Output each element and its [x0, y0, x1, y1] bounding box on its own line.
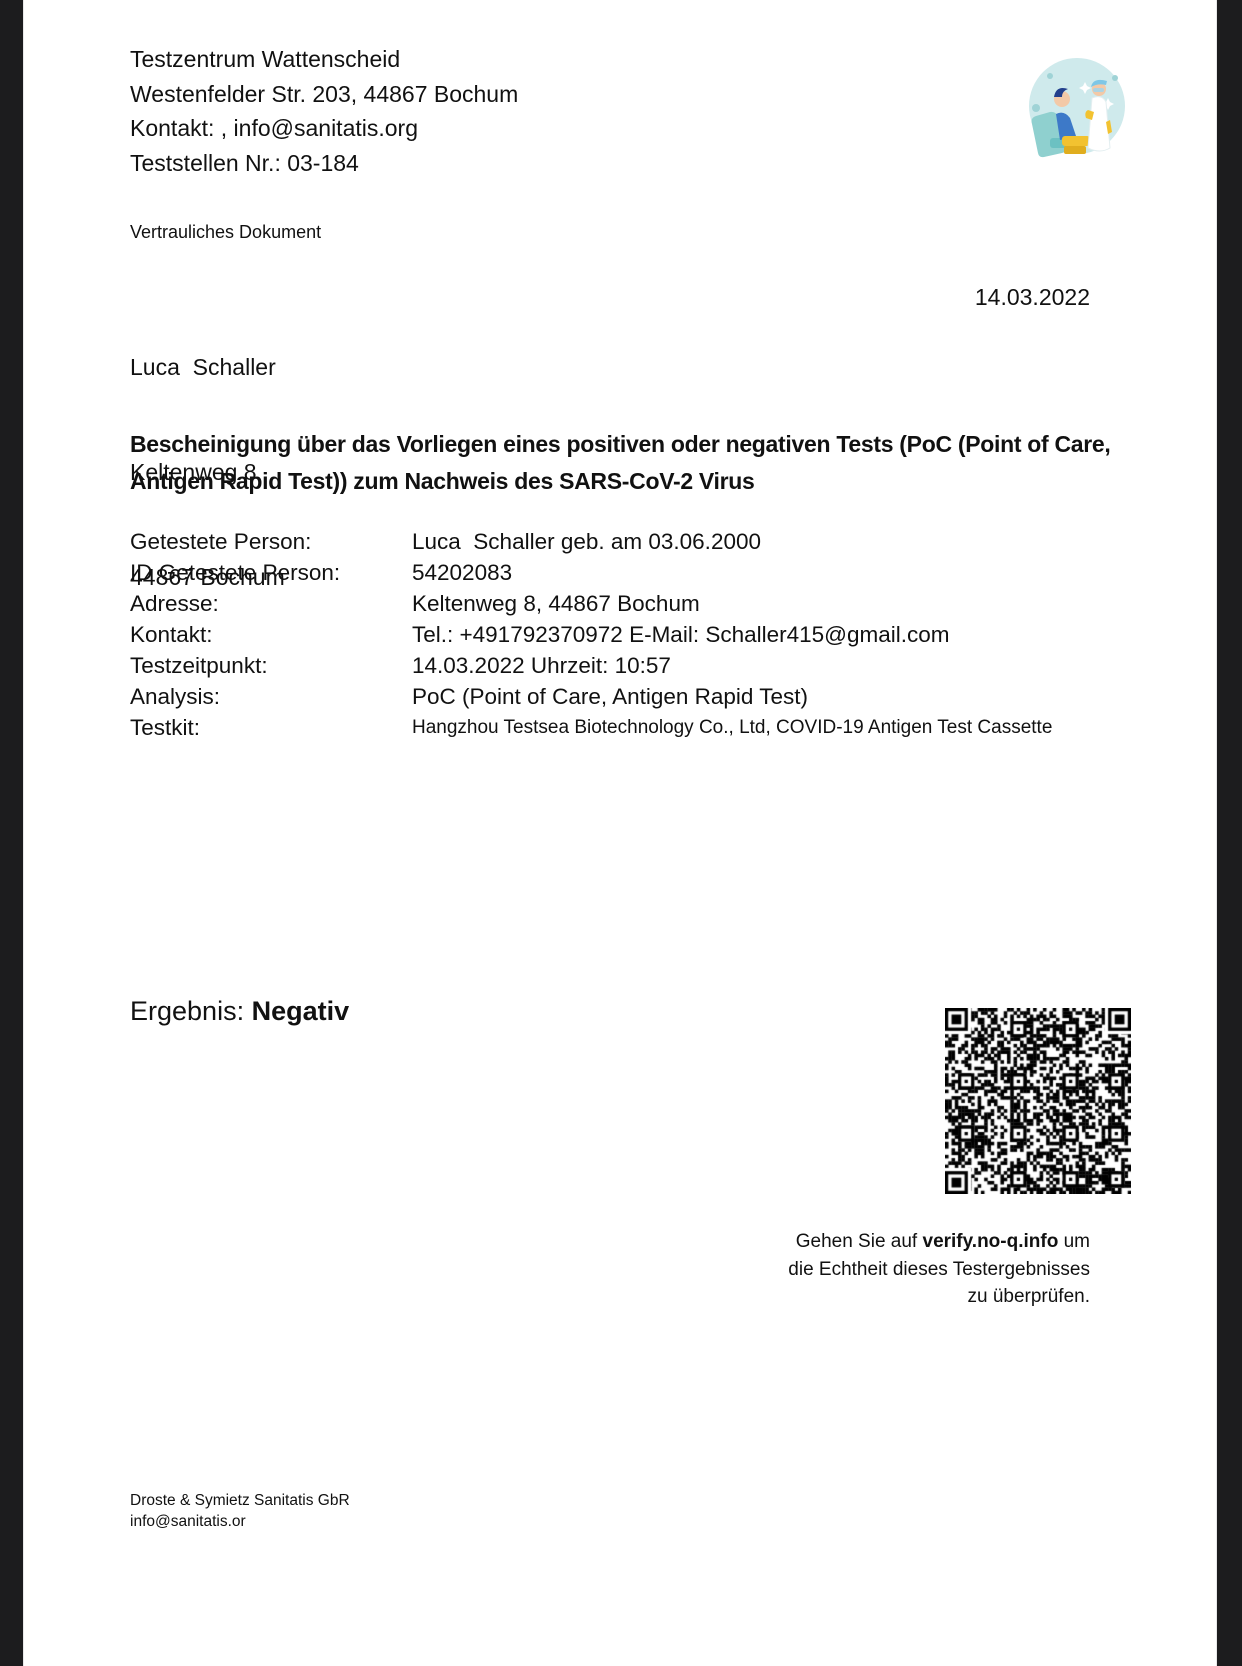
detail-row-test-time: Testzeitpunkt: 14.03.2022 Uhrzeit: 10:57	[130, 650, 1052, 681]
detail-row-contact: Kontakt: Tel.: +491792370972 E-Mail: Sch…	[130, 619, 1052, 650]
detail-value: Luca Schaller geb. am 03.06.2000	[412, 526, 761, 557]
issuer-address: Westenfelder Str. 203, 44867 Bochum	[130, 77, 518, 112]
detail-value: 14.03.2022 Uhrzeit: 10:57	[412, 650, 671, 681]
issuer-name: Testzentrum Wattenscheid	[130, 42, 518, 77]
detail-row-analysis: Analysis: PoC (Point of Care, Antigen Ra…	[130, 681, 1052, 712]
recipient-name: Luca Schaller	[130, 350, 285, 385]
verify-line3: zu überprüfen.	[730, 1283, 1090, 1311]
detail-value: Keltenweg 8, 44867 Bochum	[412, 588, 700, 619]
detail-row-person: Getestete Person: Luca Schaller geb. am …	[130, 526, 1052, 557]
test-swab-illustration-icon	[1020, 56, 1134, 166]
document-page: Testzentrum Wattenscheid Westenfelder St…	[24, 0, 1216, 1666]
verification-note: Gehen Sie auf verify.no-q.info um die Ec…	[730, 1228, 1090, 1311]
verify-line2: die Echtheit dieses Testergebnisses	[730, 1256, 1090, 1284]
footer: Droste & Symietz Sanitatis GbR info@sani…	[130, 1490, 350, 1532]
document-date: 14.03.2022	[975, 280, 1090, 315]
document-title: Bescheinigung über das Vorliegen eines p…	[130, 426, 1140, 500]
issuer-header: Testzentrum Wattenscheid Westenfelder St…	[130, 42, 518, 180]
detail-value: PoC (Point of Care, Antigen Rapid Test)	[412, 681, 808, 712]
confidential-label: Vertrauliches Dokument	[130, 222, 321, 243]
qr-code-icon	[945, 1008, 1131, 1194]
test-details: Getestete Person: Luca Schaller geb. am …	[130, 526, 1052, 743]
detail-row-testkit: Testkit: Hangzhou Testsea Biotechnology …	[130, 712, 1052, 743]
test-result: Ergebnis: Negativ	[130, 996, 349, 1027]
detail-value: Hangzhou Testsea Biotechnology Co., Ltd,…	[412, 712, 1052, 743]
detail-label: Testzeitpunkt:	[130, 650, 412, 681]
detail-label: ID Getestete Person:	[130, 557, 412, 588]
detail-row-address: Adresse: Keltenweg 8, 44867 Bochum	[130, 588, 1052, 619]
detail-value: 54202083	[412, 557, 512, 588]
detail-label: Getestete Person:	[130, 526, 412, 557]
detail-label: Testkit:	[130, 712, 412, 743]
result-value: Negativ	[252, 996, 350, 1026]
issuer-contact: Kontakt: , info@sanitatis.org	[130, 111, 518, 146]
detail-label: Adresse:	[130, 588, 412, 619]
result-label: Ergebnis:	[130, 996, 244, 1026]
detail-value: Tel.: +491792370972 E-Mail: Schaller415@…	[412, 619, 950, 650]
verify-link[interactable]: verify.no-q.info	[923, 1231, 1059, 1252]
verify-suffix: um	[1058, 1231, 1090, 1252]
detail-label: Kontakt:	[130, 619, 412, 650]
footer-company: Droste & Symietz Sanitatis GbR	[130, 1490, 350, 1511]
issuer-station-number: Teststellen Nr.: 03-184	[130, 146, 518, 181]
footer-email: info@sanitatis.or	[130, 1511, 350, 1532]
verify-prefix: Gehen Sie auf	[796, 1231, 923, 1252]
detail-label: Analysis:	[130, 681, 412, 712]
detail-row-id: ID Getestete Person: 54202083	[130, 557, 1052, 588]
